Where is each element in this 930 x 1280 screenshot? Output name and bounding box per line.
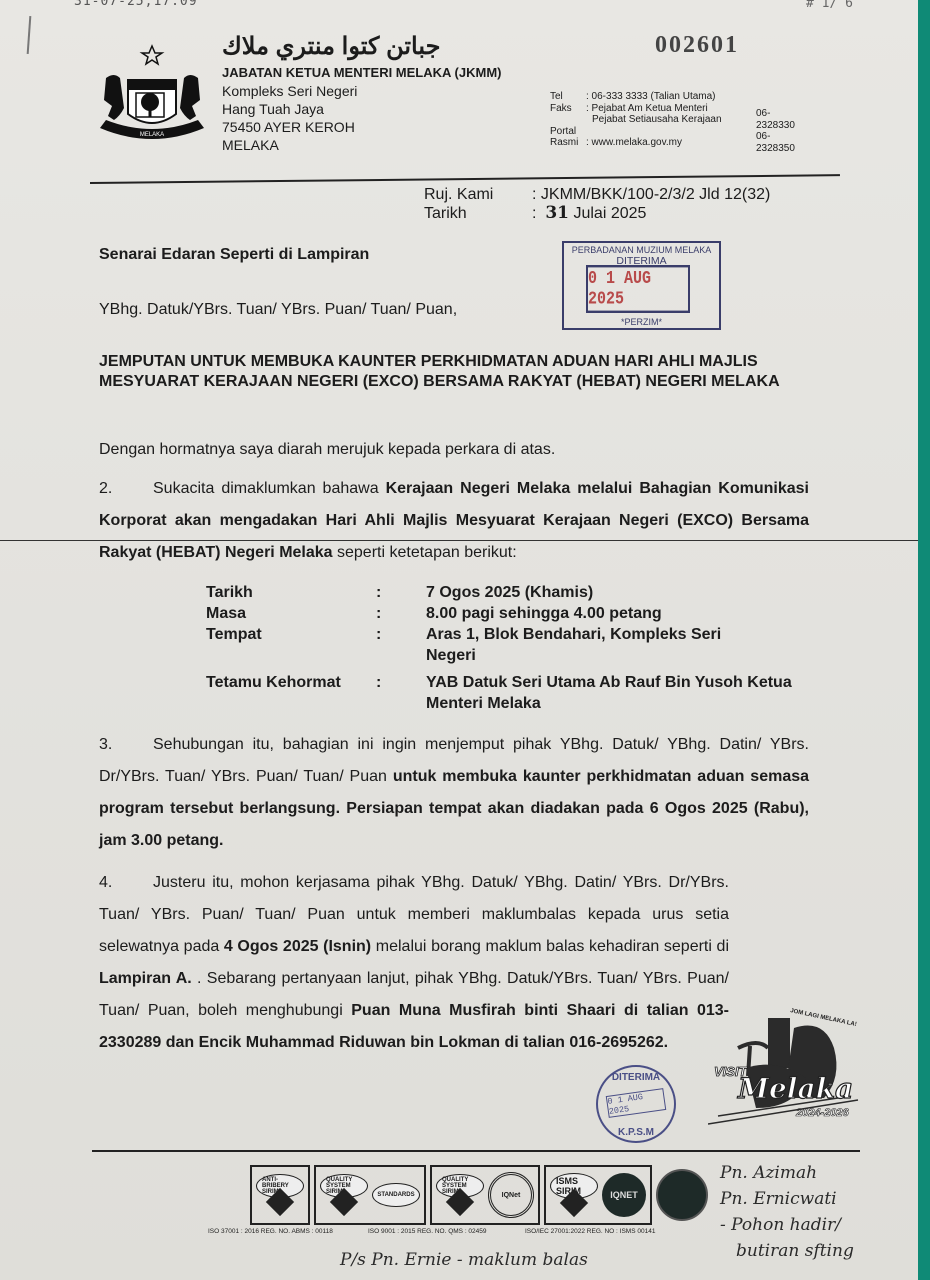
handwritten-line: Pn. Azimah: [720, 1160, 854, 1186]
cert-caption: ISO 37001 : 2016 REG. NO. ABMS : 00118: [208, 1228, 333, 1235]
date-label: Tarikh: [424, 204, 532, 223]
ref-label: Ruj. Kami: [424, 185, 532, 204]
cert-box-qms-2: QUALITY SYSTEM SIRIM IQNet: [430, 1165, 540, 1225]
paragraph-number: 2.: [99, 473, 153, 505]
stamp-label: DITERIMA: [598, 1072, 674, 1083]
paragraph-bold-text: Lampiran A.: [99, 970, 192, 987]
date-colon: :: [532, 204, 536, 223]
portal-label: Rasmi: [550, 137, 586, 149]
handwritten-line: Pn. Ernicwati: [720, 1186, 854, 1212]
standards-icon: STANDARDS: [372, 1171, 420, 1219]
footer-divider: [92, 1150, 860, 1152]
detail-value: 8.00 pagi sehingga 4.00 petang: [426, 603, 826, 624]
detail-key: Tempat: [206, 624, 376, 666]
paragraph-number: 4.: [99, 867, 153, 899]
stamp-footer: *PERZIM*: [564, 317, 719, 327]
handwritten-note-bottom: P/s Pn. Ernie - maklum balas: [340, 1250, 588, 1270]
iqnet-icon: IQNET: [602, 1173, 646, 1217]
cert-box-isms: ISMS SIRIM IQNET: [544, 1165, 652, 1225]
address-line: Kompleks Seri Negeri: [222, 82, 357, 100]
fax-value: Pejabat Setiausaha Kerajaan: [586, 114, 722, 126]
date-day-handwritten: 31: [545, 204, 569, 223]
address-line: 75450 AYER KEROH: [222, 118, 357, 136]
melaka-crest-icon: MELAKA: [92, 40, 212, 145]
sirim-isms-icon: ISMS SIRIM: [550, 1171, 598, 1219]
cert-caption: ISO/IEC 27001:2022 REG. NO : ISMS 00141: [525, 1228, 655, 1235]
sirim-quality-icon: QUALITY SYSTEM SIRIM: [320, 1171, 368, 1219]
sirim-quality-icon: QUALITY SYSTEM SIRIM: [436, 1171, 484, 1219]
stamp-date: 0 1 AUG 2025: [606, 1088, 666, 1118]
ref-value: : JKMM/BKK/100-2/3/2 Jld 12(32): [532, 185, 770, 204]
detail-value: YAB Datuk Seri Utama Ab Rauf Bin Yusoh K…: [426, 672, 806, 714]
detail-row: Tarikh:7 Ogos 2025 (Khamis): [206, 582, 826, 603]
stamp-date: 0 1 AUG 2025: [586, 265, 690, 313]
sirim-anti-bribery-icon: ANTI-BRIBERY SIRIM: [256, 1171, 304, 1219]
jawi-title: جباتن كتوا منتري ملاك: [222, 32, 440, 61]
salutation: YBhg. Datuk/YBrs. Tuan/ YBrs. Puan/ Tuan…: [99, 301, 457, 319]
svg-text:MELAKA: MELAKA: [140, 132, 164, 138]
fax-page-indicator: # 1/ 6: [806, 0, 853, 11]
stamp-org: PERBADANAN MUZIUM MELAKA: [564, 245, 719, 255]
address-block: Kompleks Seri Negeri Hang Tuah Jaya 7545…: [222, 82, 357, 154]
recipient: Senarai Edaran Seperti di Lampiran: [99, 246, 369, 264]
address-line: Hang Tuah Jaya: [222, 100, 357, 118]
fax-number: 06-2328350: [756, 131, 795, 154]
paragraph-2: 2.Sukacita dimaklumkan bahawa Kerajaan N…: [99, 473, 809, 569]
paragraph-number: 3.: [99, 729, 153, 761]
contact-block: Tel: 06-333 3333 (Talian Utama) Faks: Pe…: [550, 91, 722, 149]
handwritten-line: butiran sfting: [720, 1238, 854, 1264]
serial-number: 002601: [655, 32, 739, 59]
organization-name: JABATAN KETUA MENTERI MELAKA (JKMM): [222, 65, 501, 80]
portal-link[interactable]: : www.melaka.gov.my: [586, 137, 682, 149]
paragraph-text: seperti ketetapan berikut:: [333, 544, 517, 561]
tel-value: : 06-333 3333 (Talian Utama): [586, 91, 716, 103]
detail-row: Masa:8.00 pagi sehingga 4.00 petang: [206, 603, 826, 624]
background-edge: [918, 0, 930, 1280]
subject-heading: JEMPUTAN UNTUK MEMBUKA KAUNTER PERKHIDMA…: [99, 352, 819, 392]
cert-caption: ISO 9001 : 2015 REG. NO. QMS : 02459: [368, 1228, 487, 1235]
fax-label: Faks: [550, 103, 586, 115]
svg-text:JOM LAGI MELAKA LA!: JOM LAGI MELAKA LA!: [790, 1008, 858, 1028]
visit-melaka-logo-icon: JOM LAGI MELAKA LA! VISIT Melaka 2024-20…: [708, 998, 868, 1128]
portal-label: Portal: [550, 126, 586, 138]
date-value: Julai 2025: [573, 204, 646, 223]
detail-row: Tetamu Kehormat:YAB Datuk Seri Utama Ab …: [206, 672, 826, 714]
detail-value: Aras 1, Blok Bendahari, Kompleks Seri Ne…: [426, 624, 756, 666]
detail-row: Tempat:Aras 1, Blok Bendahari, Kompleks …: [206, 624, 826, 666]
certification-logos: ANTI-BRIBERY SIRIM QUALITY SYSTEM SIRIM …: [250, 1165, 708, 1225]
svg-text:Melaka: Melaka: [737, 1072, 853, 1105]
reference-block: Ruj. Kami: JKMM/BKK/100-2/3/2 Jld 12(32)…: [424, 185, 770, 223]
detail-key: Masa: [206, 603, 376, 624]
event-details: Tarikh:7 Ogos 2025 (Khamis) Masa:8.00 pa…: [206, 582, 826, 714]
handwritten-note-right: Pn. Azimah Pn. Ernicwati - Pohon hadir/ …: [720, 1160, 854, 1264]
tel-label: Tel: [550, 91, 586, 103]
seal-icon: [656, 1169, 708, 1221]
address-line: MELAKA: [222, 136, 357, 154]
fax-timestamp: 31-07-25;17:09: [74, 0, 198, 9]
detail-key: Tetamu Kehormat: [206, 672, 376, 714]
paragraph-4: 4.Justeru itu, mohon kerjasama pihak YBh…: [99, 867, 729, 1059]
opening-line: Dengan hormatnya saya diarah merujuk kep…: [99, 441, 555, 459]
paragraph-text: melalui borang maklum balas kehadiran se…: [371, 938, 729, 955]
perzim-received-stamp: PERBADANAN MUZIUM MELAKA DITERIMA 0 1 AU…: [562, 241, 721, 330]
cert-box-abms: ANTI-BRIBERY SIRIM: [250, 1165, 310, 1225]
stamp-footer: K.P.S.M: [598, 1127, 674, 1138]
kpsm-received-stamp: DITERIMA 0 1 AUG 2025 K.P.S.M: [596, 1065, 676, 1143]
fax-number: 06-2328330: [756, 108, 795, 131]
paragraph-bold-text: 4 Ogos 2025 (Isnin): [224, 938, 371, 955]
handwritten-line: - Pohon hadir/: [720, 1212, 854, 1238]
iqnet-ring-icon: IQNet: [488, 1172, 534, 1218]
cert-box-qms: QUALITY SYSTEM SIRIM STANDARDS: [314, 1165, 426, 1225]
fax-value: : Pejabat Am Ketua Menteri: [586, 103, 708, 115]
paragraph-3: 3.Sehubungan itu, bahagian ini ingin men…: [99, 729, 809, 857]
fold-line: [0, 540, 918, 541]
detail-value: 7 Ogos 2025 (Khamis): [426, 582, 826, 603]
detail-key: Tarikh: [206, 582, 376, 603]
paragraph-text: Sukacita dimaklumkan bahawa: [153, 480, 386, 497]
